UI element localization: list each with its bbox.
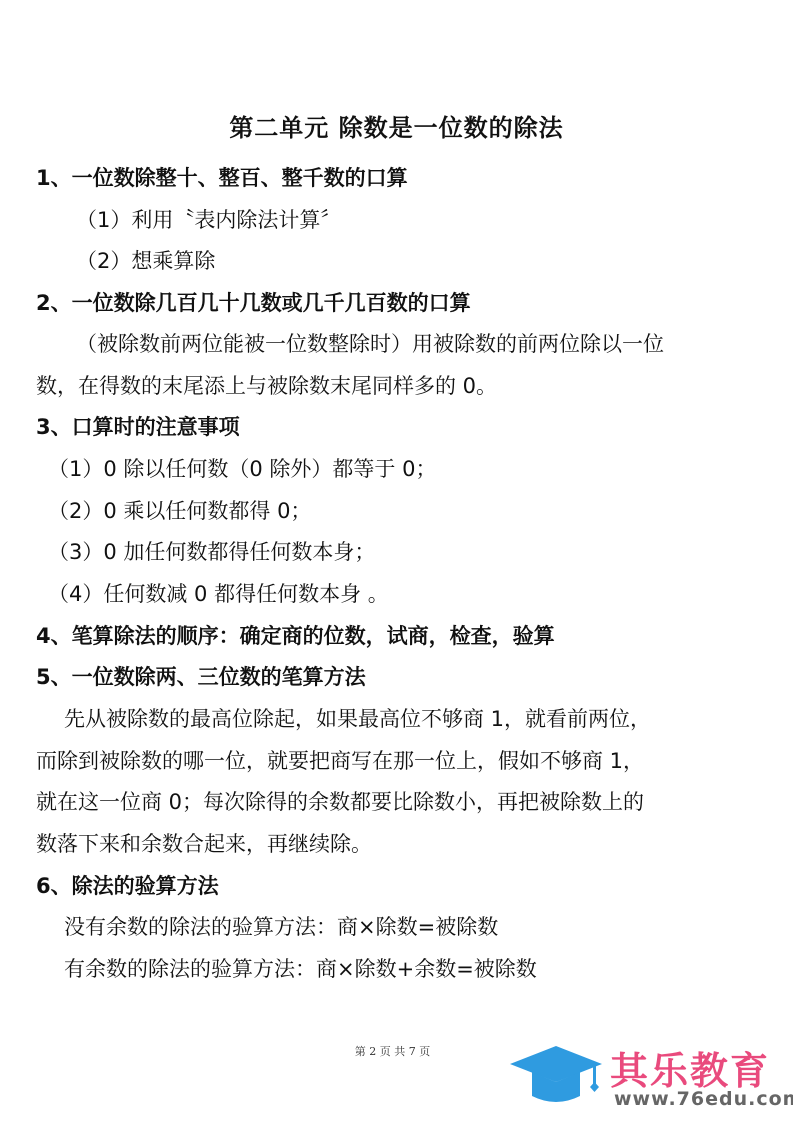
section-3-line-3: （3）0 加任何数都得任何数本身； [48, 537, 375, 567]
section-5-line-4: 数落下来和余数合起来，再继续除。 [36, 829, 372, 859]
watermark-brand-name: 其乐教育 [610, 1040, 770, 1095]
section-1-heading: 1、一位数除整十、整百、整千数的口算 [36, 163, 408, 193]
watermark-logo: 其乐教育 www.76edu.com [508, 1038, 793, 1118]
section-6-line-1: 没有余数的除法的验算方法：商×除数=被除数 [64, 912, 498, 942]
section-3-line-4: （4）任何数减 0 都得任何数本身 。 [48, 579, 389, 609]
section-3-heading: 3、口算时的注意事项 [36, 412, 240, 442]
page-title: 第二单元 除数是一位数的除法 [0, 108, 793, 143]
section-5-line-1: 先从被除数的最高位除起，如果最高位不够商 1，就看前两位， [64, 704, 651, 734]
section-4-heading: 4、笔算除法的顺序：确定商的位数，试商，检查，验算 [36, 621, 555, 651]
section-1-line-2: （2）想乘算除 [76, 246, 215, 276]
section-5-line-2: 而除到被除数的哪一位，就要把商写在那一位上，假如不够商 1， [36, 746, 644, 776]
section-2-line-2: 数，在得数的末尾添上与被除数末尾同样多的 0。 [36, 371, 497, 401]
watermark-url: www.76edu.com [614, 1088, 793, 1110]
section-6-line-2: 有余数的除法的验算方法：商×除数+余数=被除数 [64, 954, 537, 984]
graduation-cap-icon [508, 1042, 604, 1106]
section-5-heading: 5、一位数除两、三位数的笔算方法 [36, 662, 366, 692]
section-3-line-1: （1）0 除以任何数（0 除外）都等于 0； [48, 454, 436, 484]
section-2-line-1: （被除数前两位能被一位数整除时）用被除数的前两位除以一位 [76, 329, 664, 359]
section-2-heading: 2、一位数除几百几十几数或几千几百数的口算 [36, 288, 471, 318]
section-6-heading: 6、除法的验算方法 [36, 871, 219, 901]
section-3-line-2: （2）0 乘以任何数都得 0； [48, 496, 311, 526]
section-5-line-3: 就在这一位商 0；每次除得的余数都要比除数小，再把被除数上的 [36, 787, 644, 817]
page-number-label: 第 2 页 共 7 页 [355, 1043, 430, 1059]
section-1-line-1: （1）利用〝表内除法计算〞 [76, 205, 341, 235]
